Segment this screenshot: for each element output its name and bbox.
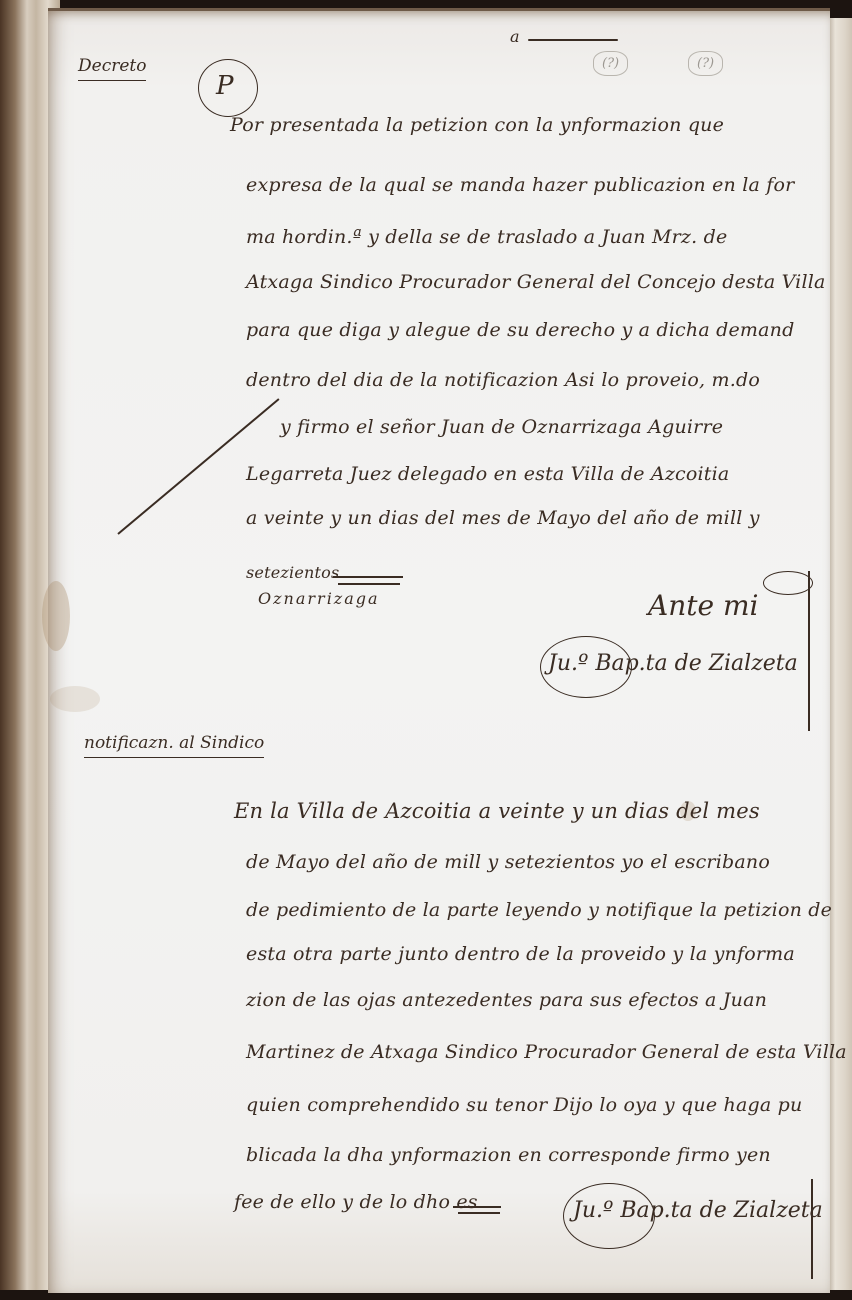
text-line: de pedimiento de la parte leyendo y noti… — [246, 899, 832, 921]
signature-flourish — [763, 571, 813, 595]
signature-flourish — [563, 1183, 655, 1249]
ante-mi-text: Ante mi — [648, 589, 758, 622]
text-line: Legarreta Juez delegado en esta Villa de… — [246, 463, 729, 485]
faint-stamp: (?) — [593, 51, 628, 76]
text-line: En la Villa de Azcoitia a veinte y un di… — [234, 799, 760, 823]
margin-heading-decreto: Decreto — [78, 56, 146, 81]
manuscript-page: a (?) (?) Decreto P Por presentada la pe… — [48, 8, 830, 1293]
text-line: de Mayo del año de mill y setezientos yo… — [246, 851, 770, 873]
text-line: blicada la dha ynformazion en correspond… — [246, 1144, 771, 1166]
text-line: quien comprehendido su tenor Dijo lo oya… — [246, 1094, 802, 1116]
text-line: ma hordin.ª y della se de traslado a Jua… — [246, 226, 727, 248]
top-flourish — [528, 39, 618, 41]
water-stain — [50, 686, 100, 712]
text-line: dentro del dia de la notificazion Asi lo… — [246, 369, 760, 391]
closing-dash — [458, 1212, 500, 1214]
text-line: zion de las ojas antezedentes para sus e… — [246, 989, 767, 1011]
text-line: y firmo el señor Juan de Oznarrizaga Agu… — [280, 416, 723, 438]
signature-flourish-line — [811, 1179, 813, 1279]
closing-dash — [338, 583, 400, 585]
top-mark: a — [510, 27, 520, 46]
book-next-page-edge — [828, 18, 852, 1290]
text-line: Martinez de Atxaga Sindico Procurador Ge… — [246, 1041, 847, 1063]
text-line: a veinte y un dias del mes de Mayo del a… — [246, 507, 760, 529]
closing-dash — [333, 576, 403, 578]
circle-mark-letter: P — [216, 71, 234, 101]
judge-signature: Oznarrizaga — [258, 589, 380, 608]
faint-stamp: (?) — [688, 51, 723, 76]
margin-heading-notificacion: notificazn. al Sindico — [84, 733, 264, 758]
signature-flourish-line — [808, 571, 810, 731]
text-line: fee de ello y de lo dho es — [234, 1191, 478, 1213]
signature-flourish — [540, 636, 632, 698]
closing-dash — [453, 1206, 501, 1208]
text-line: setezientos — [246, 563, 339, 582]
text-line: Por presentada la petizion con la ynform… — [230, 114, 724, 136]
text-line: Atxaga Sindico Procurador General del Co… — [246, 271, 826, 293]
text-line: esta otra parte junto dentro de la prove… — [246, 943, 795, 965]
text-line: expresa de la qual se manda hazer public… — [246, 174, 794, 196]
text-line: para que diga y alegue de su derecho y a… — [246, 319, 794, 341]
water-stain — [42, 581, 70, 651]
